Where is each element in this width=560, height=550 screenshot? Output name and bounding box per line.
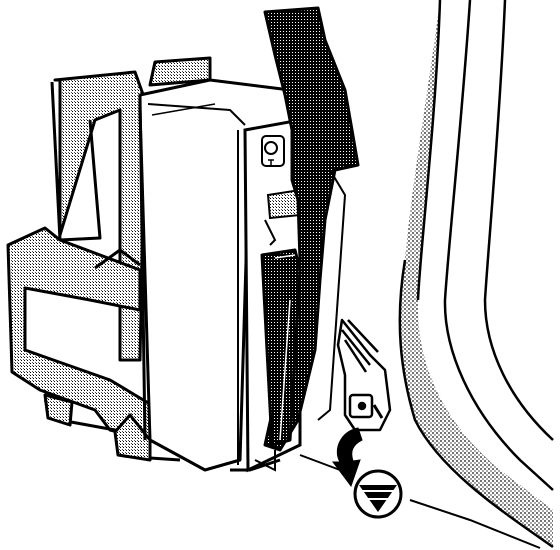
module-illustration [0,0,560,550]
direction-arrow-icon [333,428,362,486]
body-pillar [400,0,553,547]
connector [338,320,390,430]
ground-symbol-icon [355,471,401,517]
illustration-canvas [0,0,560,550]
